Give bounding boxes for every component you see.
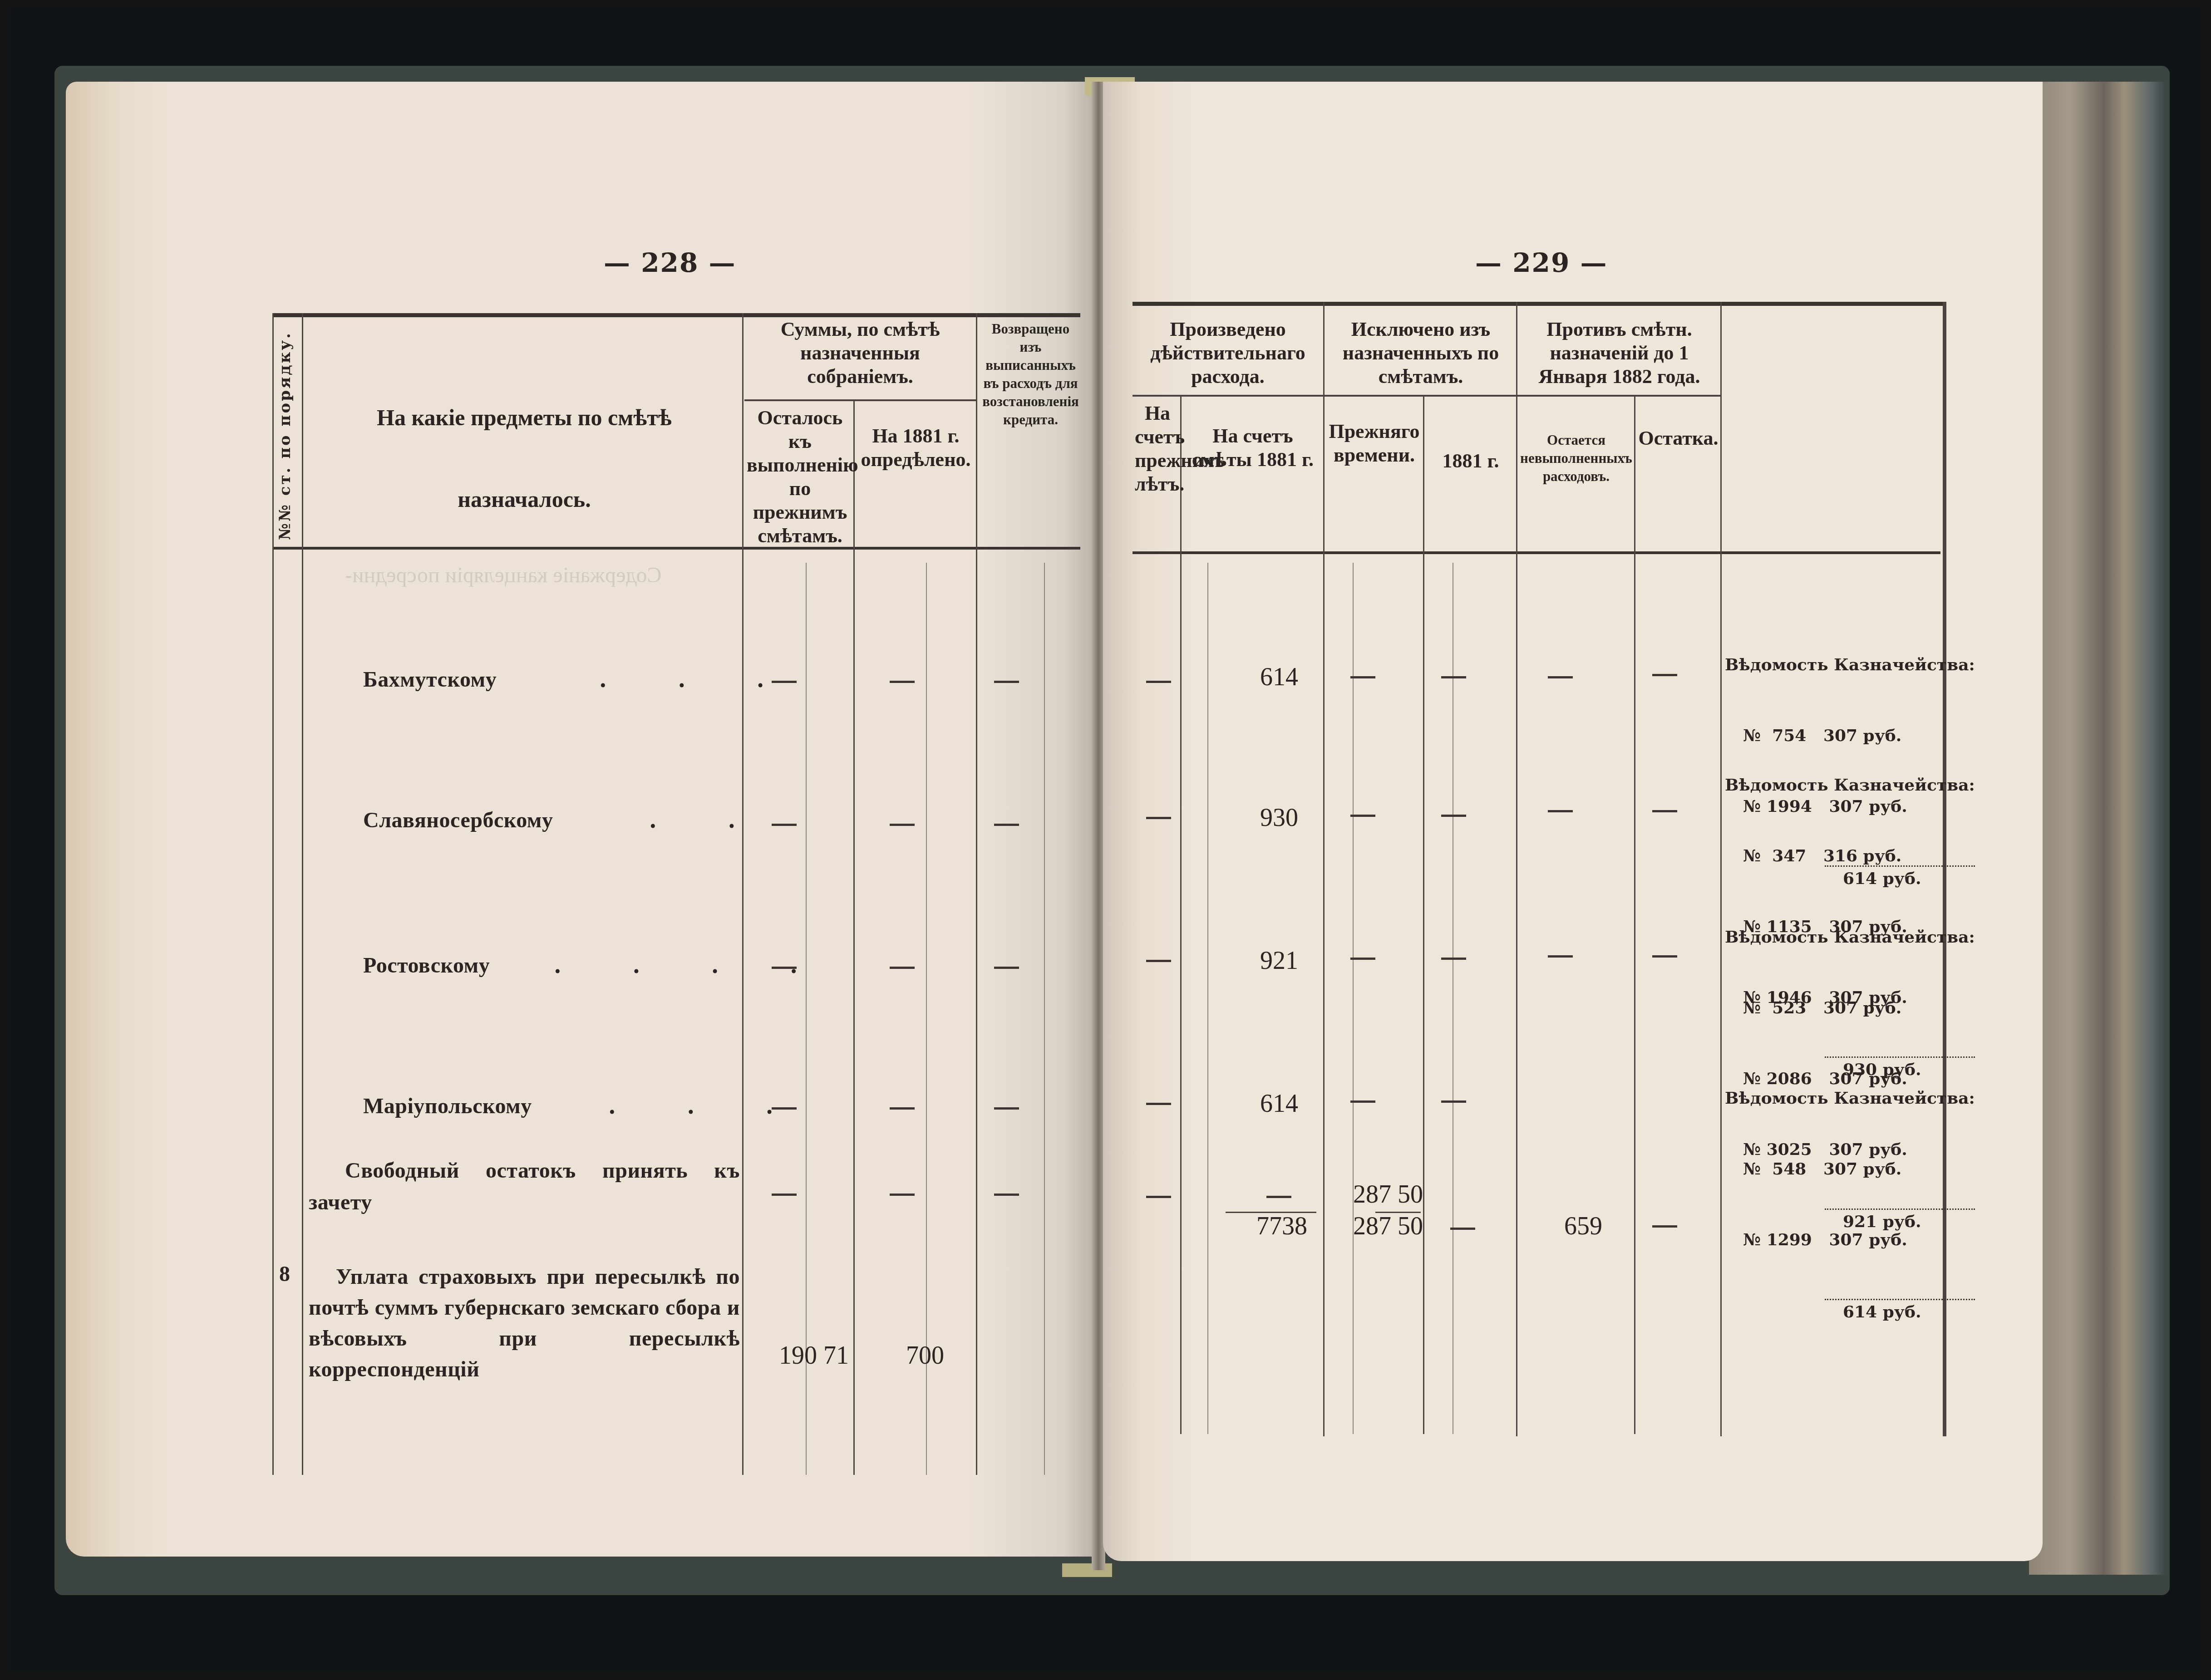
dash-cell <box>1146 681 1171 683</box>
dash-cell <box>1350 676 1375 678</box>
dash-cell <box>994 824 1019 826</box>
dash-cell <box>1350 815 1375 817</box>
column-divider <box>1353 563 1354 1434</box>
cell-excluded-prior: 287 50 <box>1332 1180 1423 1209</box>
leader-dots: . . . <box>608 1094 805 1119</box>
column-divider <box>742 313 744 1475</box>
total-spent-1881: 7738 <box>1226 1212 1307 1241</box>
dash-cell <box>772 967 797 969</box>
dash-cell <box>1146 1196 1171 1198</box>
header-excluded-group: Исключено изъ назначенныхъ по смѣтамъ. <box>1325 318 1516 388</box>
dash-cell <box>1441 958 1466 960</box>
row-label-rostov: Ростовскому <box>363 953 490 978</box>
dash-cell <box>1441 815 1466 817</box>
header-spent-prior: На счетъ прежнихъ лѣтъ. <box>1135 402 1180 496</box>
table-left-border <box>272 313 274 1475</box>
dash-cell <box>994 681 1019 683</box>
row-label-slavyanoserbsk: Славяносербскому <box>363 808 553 833</box>
cell-spent-1881: 614 <box>1226 1089 1298 1118</box>
dash-cell <box>890 1194 915 1196</box>
dash-cell <box>1652 810 1677 812</box>
leader-dots: . . . . <box>554 953 829 978</box>
leader-dots: . . <box>649 808 767 833</box>
header-item: На какіе предметы по смѣтѣ назначалось. <box>309 377 740 540</box>
total-unfulfilled: 659 <box>1543 1212 1602 1241</box>
header-sums-1881: На 1881 г. опредѣлено. <box>858 424 974 472</box>
dash-cell <box>1146 1103 1171 1105</box>
dash-cell <box>1548 810 1573 812</box>
treasury-note-4: Вѣдомость Казначейства: № 548 307 руб. №… <box>1725 1039 1975 1347</box>
row-label-bakhmut: Бахмутскому <box>363 667 497 692</box>
dash-cell <box>1652 955 1677 958</box>
column-divider <box>1720 302 1722 1436</box>
column-divider <box>853 399 855 1475</box>
header-sums-group: Суммы, по смѣтѣ назначенныя собраніемъ. <box>747 318 974 388</box>
dash-cell <box>994 1194 1019 1196</box>
column-divider <box>302 313 303 1475</box>
dash-cell <box>772 1194 797 1196</box>
header-spent-1881: На счетъ смѣты 1881 г. <box>1182 424 1323 472</box>
cell-spent-1881: 930 <box>1226 803 1298 832</box>
row-number: 8 <box>279 1262 291 1287</box>
cell-sums-1881: 700 <box>853 1341 944 1370</box>
cell-spent-1881: 614 <box>1226 663 1298 692</box>
dash-cell <box>1548 676 1573 678</box>
header-excluded-prior: Прежняго времени. <box>1325 420 1423 467</box>
header-remaining-balance: Остатка. <box>1636 427 1720 450</box>
dash-cell <box>1450 1228 1475 1230</box>
dash-cell <box>1350 958 1375 960</box>
cell-spent-1881: 921 <box>1226 946 1298 975</box>
book-page-edges <box>2029 82 2165 1575</box>
header-remaining-group: Противъ смѣтн. назначеній до 1 Января 18… <box>1518 318 1720 388</box>
dash-cell <box>1548 955 1573 958</box>
row-label-mariupol: Маріупольскому <box>363 1094 532 1119</box>
table-top-rule <box>1133 302 1945 306</box>
column-divider <box>926 563 927 1475</box>
column-divider <box>1423 395 1424 1434</box>
table-top-rule <box>272 313 1080 317</box>
column-divider <box>1207 563 1208 1434</box>
column-divider <box>1453 563 1453 1434</box>
column-divider <box>1516 302 1517 1436</box>
dash-cell <box>1441 1100 1466 1103</box>
leader-dots: . . . <box>599 667 796 693</box>
dash-cell <box>890 681 915 683</box>
column-divider <box>806 563 807 1475</box>
row-label-free-balance: Свободный остатокъ принять къ зачету <box>309 1155 740 1218</box>
column-divider <box>1044 563 1045 1475</box>
dash-cell <box>994 967 1019 969</box>
column-divider <box>1323 302 1325 1436</box>
header-bottom-rule <box>272 547 1080 550</box>
header-bottom-rule <box>1133 551 1940 554</box>
column-divider <box>1180 395 1182 1434</box>
dash-cell <box>772 681 797 683</box>
dash-cell <box>890 824 915 826</box>
left-page-number: — 228 — <box>604 247 736 278</box>
header-sums-prior: Осталось къ выполненію по прежнимъ смѣта… <box>747 406 853 548</box>
total-excluded-prior: 287 50 <box>1332 1212 1423 1241</box>
dash-cell <box>1350 1100 1375 1103</box>
subheader-rule <box>744 399 976 401</box>
right-page-number: — 229 — <box>1475 247 1607 278</box>
dash-cell <box>1441 676 1466 678</box>
dash-cell <box>890 1107 915 1110</box>
header-excluded-1881: 1881 г. <box>1425 449 1516 473</box>
header-returned: Возвращено изъ выписанныхъ въ расходъ дл… <box>980 320 1082 429</box>
dash-cell <box>1146 817 1171 819</box>
bleed-through-text: Содержаніе канцеляріи посредни- <box>345 563 661 588</box>
dash-cell <box>1652 674 1677 676</box>
column-divider <box>1634 395 1635 1434</box>
dash-cell <box>1266 1196 1291 1198</box>
dash-cell <box>890 967 915 969</box>
dash-cell <box>994 1107 1019 1110</box>
subheader-rule <box>1133 395 1720 397</box>
header-row-number: №№ ст. по порядку. <box>276 327 294 540</box>
column-divider <box>976 313 977 1475</box>
cell-sums-prior: 190 71 <box>744 1341 849 1370</box>
dash-cell <box>772 1107 797 1110</box>
dash-cell <box>1652 1225 1677 1228</box>
header-spent-group: Произведено дѣйствительнаго расхода. <box>1133 318 1323 388</box>
dash-cell <box>1146 960 1171 962</box>
row-label-insurance-postage: Уплата страховыхъ при пересылкѣ по почтѣ… <box>309 1262 740 1385</box>
header-remaining-unfulfilled: Остается невыполненныхъ расходовъ. <box>1518 431 1634 486</box>
dash-cell <box>772 824 797 826</box>
